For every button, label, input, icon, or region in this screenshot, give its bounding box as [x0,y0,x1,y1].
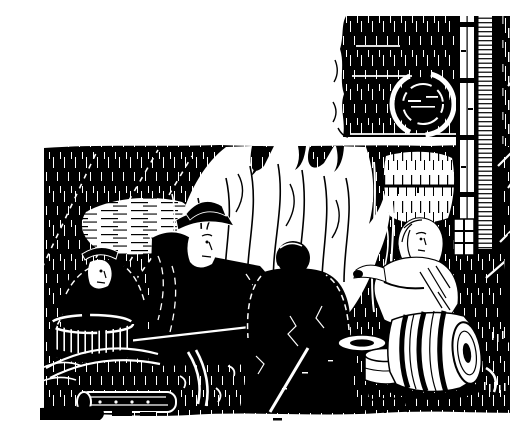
window-slot [454,219,474,255]
ladder [456,16,503,252]
engraving-illustration [40,16,510,424]
porthole-gauge [392,73,454,135]
